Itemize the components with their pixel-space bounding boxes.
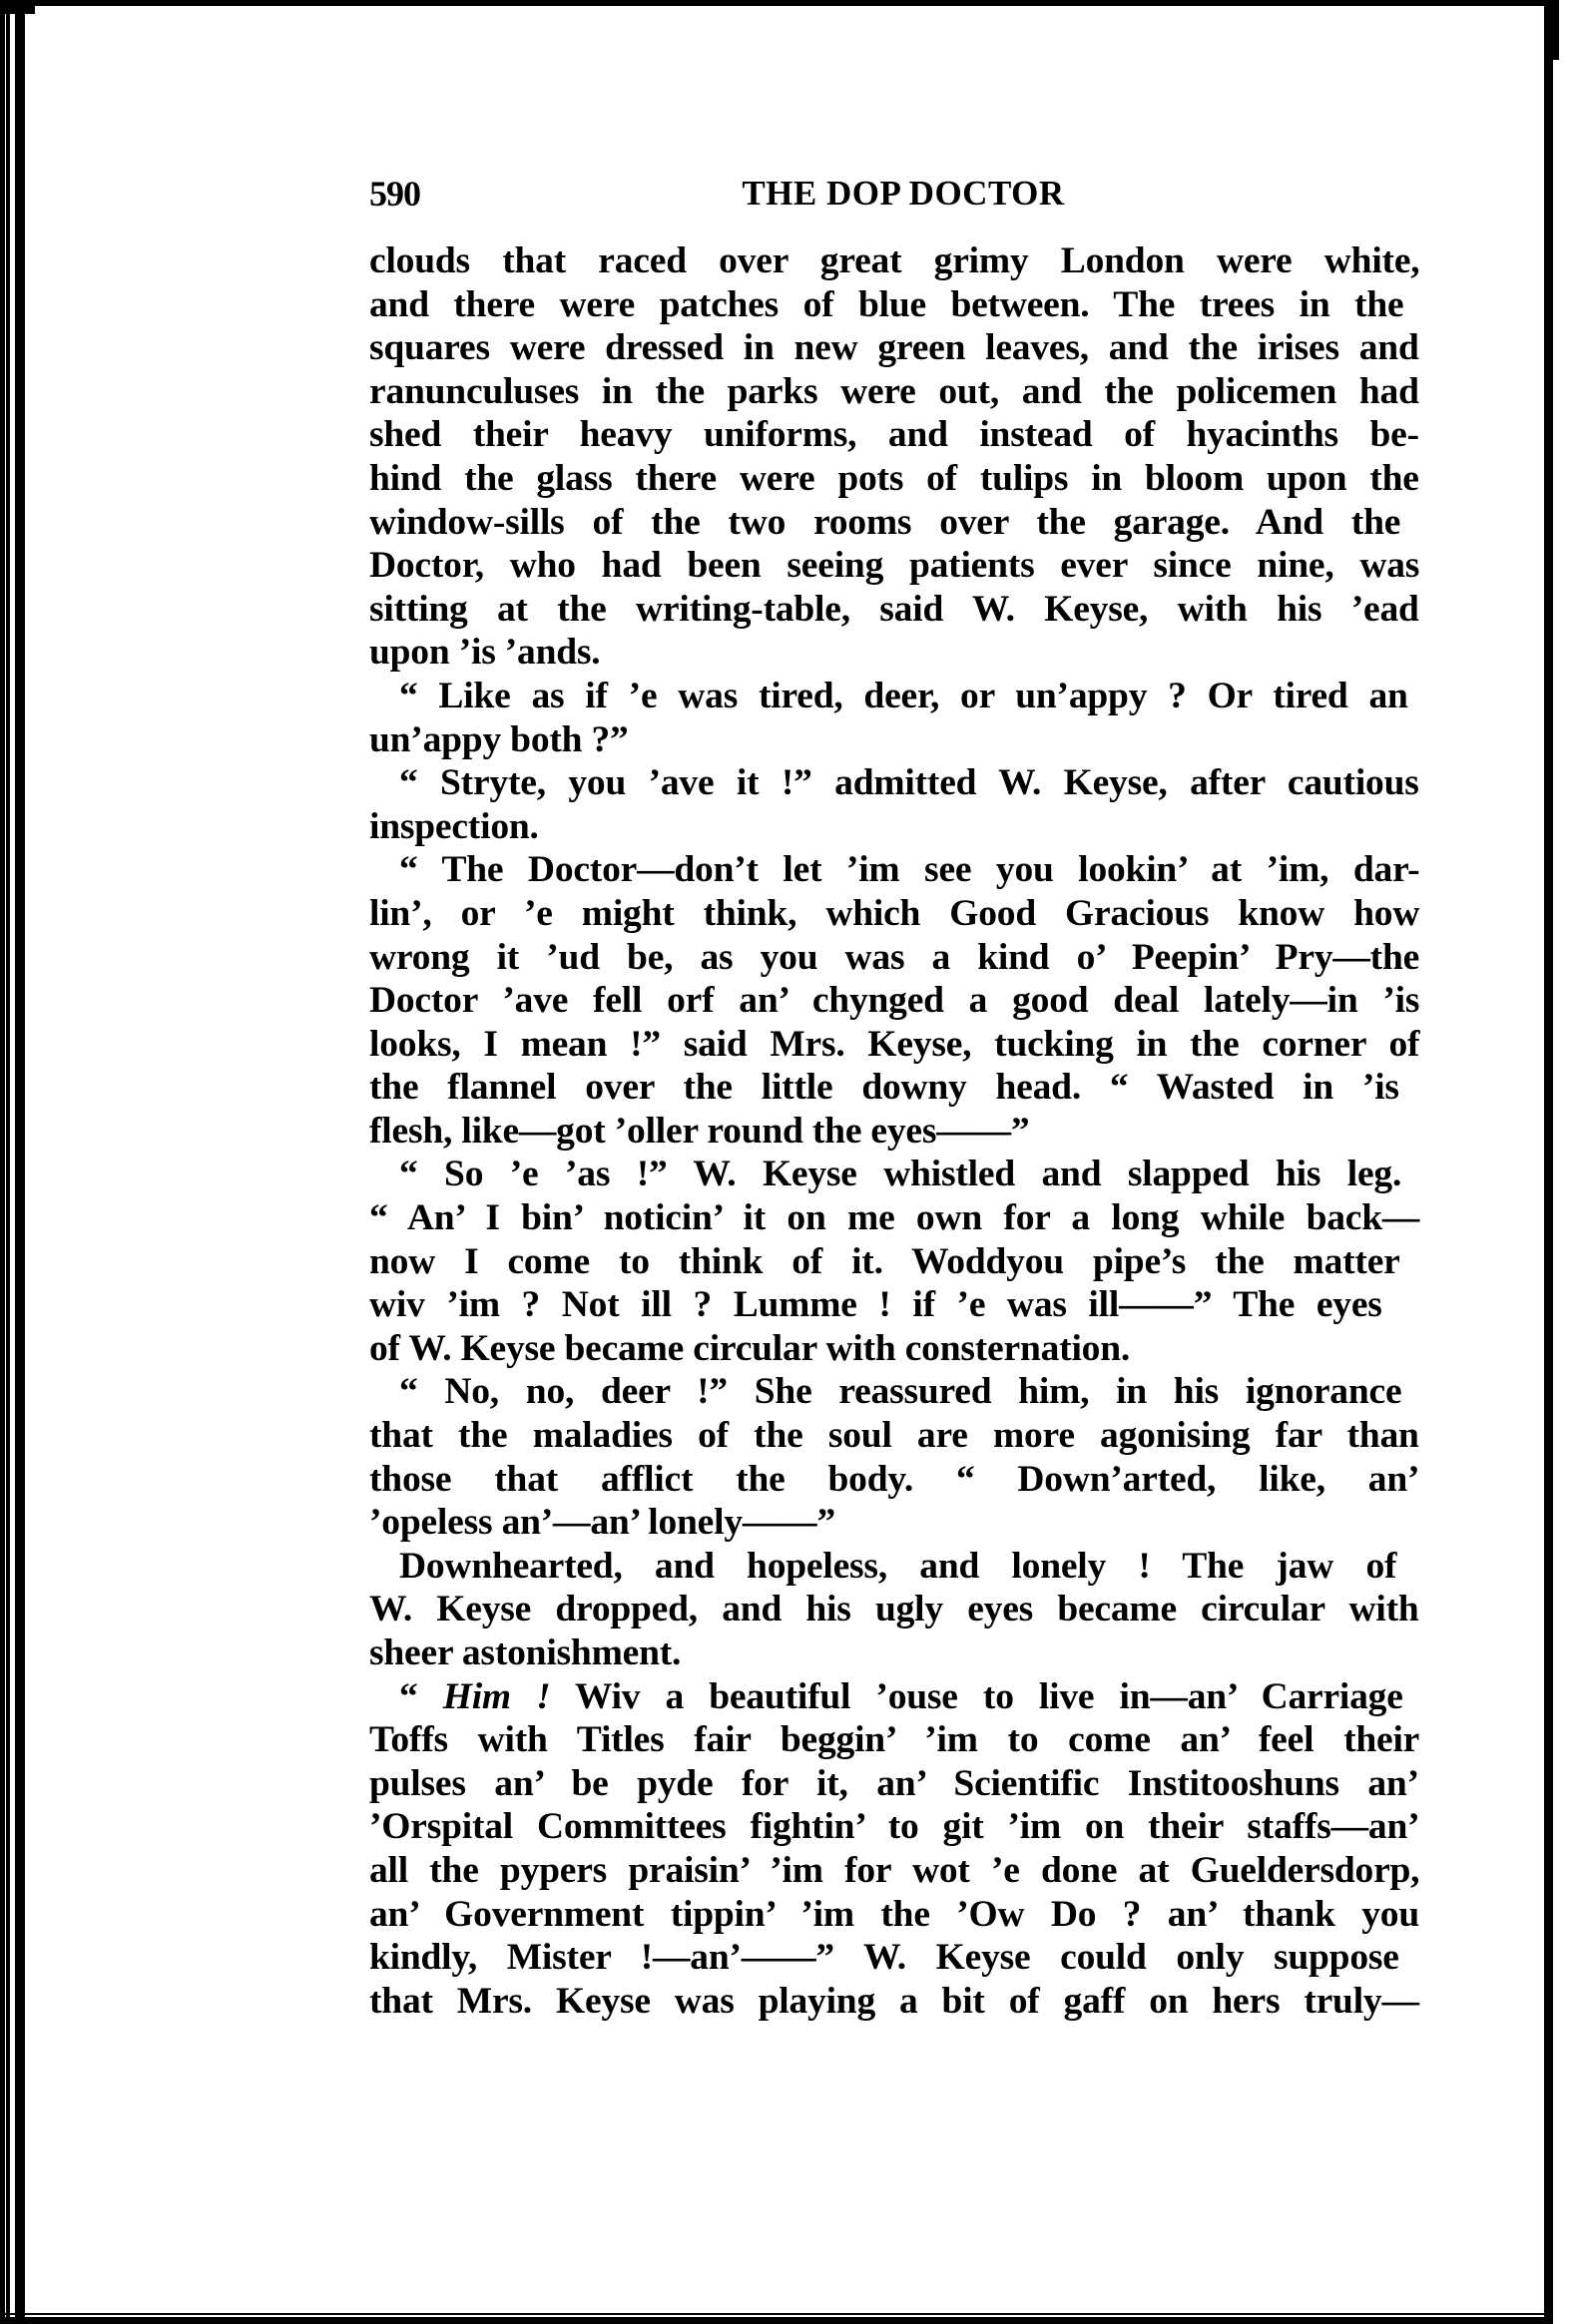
text-line: that Mrs. Keyse was playing a bit of gaf…: [369, 1980, 1419, 2024]
scan-border-right-flare: [1545, 0, 1559, 60]
text-line-content: ’Orspital Committees fightin’ to git ’im…: [369, 1805, 1419, 1849]
text-line: and there were patches of blue between. …: [369, 283, 1419, 327]
text-line-content: wiv ’im ? Not ill ? Lumme ! if ’e was il…: [369, 1283, 1382, 1327]
running-header: 590 THE DOP DOCTOR: [369, 172, 1419, 216]
text-line-content: squares were dressed in new green leaves…: [369, 326, 1419, 370]
text-line: ranunculuses in the parks were out, and …: [369, 370, 1419, 414]
text-line-content: inspection.: [369, 805, 539, 849]
text-line-content: “ An’ I bin’ noticin’ it on me own for a…: [369, 1196, 1419, 1240]
text-line: “ The Doctor—don’t let ’im see you looki…: [369, 848, 1419, 892]
text-line: wiv ’im ? Not ill ? Lumme ! if ’e was il…: [369, 1283, 1419, 1327]
text-line-content: sitting at the writing-table, said W. Ke…: [369, 588, 1419, 632]
text-line: “ So ’e ’as !” W. Keyse whistled and sla…: [369, 1153, 1419, 1196]
text-line: “ Like as if ’e was tired, deer, or un’a…: [369, 675, 1419, 718]
text-line: ’opeless an’—an’ lonely——”: [369, 1501, 1419, 1545]
text-line: all the pypers praisin’ ’im for wot ’e d…: [369, 1849, 1419, 1893]
text-line-content: all the pypers praisin’ ’im for wot ’e d…: [369, 1849, 1419, 1893]
text-run: “: [399, 1676, 443, 1717]
text-line: kindly, Mister !—an’——” W. Keyse could o…: [369, 1936, 1419, 1980]
text-line-content: of W. Keyse became circular with conster…: [369, 1327, 1130, 1371]
text-line-content: upon ’is ’ands.: [369, 631, 601, 675]
text-line: un’appy both ?”: [369, 718, 1419, 762]
text-line-content: Downhearted, and hopeless, and lonely ! …: [399, 1545, 1396, 1589]
text-line-content: un’appy both ?”: [369, 718, 629, 762]
text-line: Downhearted, and hopeless, and lonely ! …: [369, 1545, 1419, 1589]
text-line: window-sills of the two rooms over the g…: [369, 501, 1419, 545]
text-line-content: hind the glass there were pots of tulips…: [369, 457, 1419, 501]
text-line-content: window-sills of the two rooms over the g…: [369, 501, 1400, 545]
text-line: Doctor ’ave fell orf an’ chynged a good …: [369, 979, 1419, 1023]
text-line-content: that the maladies of the soul are more a…: [369, 1414, 1419, 1458]
text-line-content: “ Him ! Wiv a beautiful ’ouse to live in…: [399, 1675, 1403, 1719]
text-line: those that afflict the body. “ Down’arte…: [369, 1458, 1419, 1502]
scan-border-left-mid: [6, 10, 10, 2324]
text-line-content: “ So ’e ’as !” W. Keyse whistled and sla…: [399, 1153, 1401, 1196]
text-line: clouds that raced over great grimy Londo…: [369, 239, 1419, 283]
text-line: inspection.: [369, 805, 1419, 849]
text-line-content: W. Keyse dropped, and his ugly eyes beca…: [369, 1588, 1419, 1631]
running-title: THE DOP DOCTOR: [369, 172, 1419, 216]
text-line: ’Orspital Committees fightin’ to git ’im…: [369, 1805, 1419, 1849]
text-line: pulses an’ be pyde for it, an’ Scientifi…: [369, 1762, 1419, 1806]
text-line-content: “ Stryte, you ’ave it !” admitted W. Key…: [399, 761, 1419, 805]
text-line: an’ Government tippin’ ’im the ’Ow Do ? …: [369, 1893, 1419, 1937]
text-line: W. Keyse dropped, and his ugly eyes beca…: [369, 1588, 1419, 1631]
text-line: sitting at the writing-table, said W. Ke…: [369, 588, 1419, 632]
text-line-content: looks, I mean !” said Mrs. Keyse, tuckin…: [369, 1023, 1419, 1067]
text-line: upon ’is ’ands.: [369, 631, 1419, 675]
text-line-content: kindly, Mister !—an’——” W. Keyse could o…: [369, 1936, 1399, 1980]
text-line-content: sheer astonishment.: [369, 1631, 681, 1675]
text-line-content: Doctor ’ave fell orf an’ chynged a good …: [369, 979, 1419, 1023]
text-line-content: flesh, like—got ’oller round the eyes——”: [369, 1110, 1029, 1154]
text-line-content: clouds that raced over great grimy Londo…: [369, 239, 1419, 283]
text-line: squares were dressed in new green leaves…: [369, 326, 1419, 370]
text-line-content: and there were patches of blue between. …: [369, 283, 1403, 327]
text-line: sheer astonishment.: [369, 1631, 1419, 1675]
text-line: “ An’ I bin’ noticin’ it on me own for a…: [369, 1196, 1419, 1240]
scan-border-top: [0, 0, 1552, 6]
text-line: flesh, like—got ’oller round the eyes——”: [369, 1110, 1419, 1154]
italic-emphasis: Him !: [443, 1676, 551, 1717]
text-line: “ No, no, deer !” She reassured him, in …: [369, 1370, 1419, 1414]
body-text: clouds that raced over great grimy Londo…: [369, 239, 1419, 2023]
text-run: Wiv a beautiful ’ouse to live in—an’ Car…: [550, 1676, 1402, 1717]
text-line: now I come to think of it. Woddyou pipe’…: [369, 1240, 1419, 1284]
text-line-content: pulses an’ be pyde for it, an’ Scientifi…: [369, 1762, 1419, 1806]
text-line-content: an’ Government tippin’ ’im the ’Ow Do ? …: [369, 1893, 1419, 1937]
text-line: that the maladies of the soul are more a…: [369, 1414, 1419, 1458]
text-line-content: those that afflict the body. “ Down’arte…: [369, 1458, 1419, 1502]
text-line-content: shed their heavy uniforms, and instead o…: [369, 413, 1419, 457]
text-line-content: Doctor, who had been seeing patients eve…: [369, 544, 1419, 588]
text-line-content: now I come to think of it. Woddyou pipe’…: [369, 1240, 1400, 1284]
text-line-content: Toffs with Titles fair beggin’ ’im to co…: [369, 1718, 1419, 1762]
text-line-content: the flannel over the little downy head. …: [369, 1066, 1399, 1110]
text-line-content: that Mrs. Keyse was playing a bit of gaf…: [369, 1980, 1419, 2024]
text-line: shed their heavy uniforms, and instead o…: [369, 413, 1419, 457]
text-line: Doctor, who had been seeing patients eve…: [369, 544, 1419, 588]
text-line: hind the glass there were pots of tulips…: [369, 457, 1419, 501]
scan-border-bottom: [0, 2317, 1553, 2324]
text-line-content: ’opeless an’—an’ lonely——”: [369, 1501, 835, 1545]
text-line-content: “ The Doctor—don’t let ’im see you looki…: [399, 848, 1419, 892]
text-line-content: ranunculuses in the parks were out, and …: [369, 370, 1419, 414]
text-line-content: “ Like as if ’e was tired, deer, or un’a…: [399, 675, 1408, 718]
text-line-content: wrong it ’ud be, as you was a kind o’ Pe…: [369, 936, 1419, 980]
text-line: looks, I mean !” said Mrs. Keyse, tuckin…: [369, 1023, 1419, 1067]
scan-border-bottom-thin: [0, 2313, 1553, 2315]
text-line: wrong it ’ud be, as you was a kind o’ Pe…: [369, 936, 1419, 980]
text-line: of W. Keyse became circular with conster…: [369, 1327, 1419, 1371]
text-line: “ Him ! Wiv a beautiful ’ouse to live in…: [369, 1675, 1419, 1719]
scan-border-left-inner: [15, 8, 25, 2324]
text-line-content: “ No, no, deer !” She reassured him, in …: [399, 1370, 1401, 1414]
text-line: “ Stryte, you ’ave it !” admitted W. Key…: [369, 761, 1419, 805]
text-line: lin’, or ’e might think, which Good Grac…: [369, 892, 1419, 936]
text-line: the flannel over the little downy head. …: [369, 1066, 1419, 1110]
text-line: Toffs with Titles fair beggin’ ’im to co…: [369, 1718, 1419, 1762]
scan-border-left-outer: [0, 0, 5, 2324]
text-line-content: lin’, or ’e might think, which Good Grac…: [369, 892, 1419, 936]
scan-border-right: [1544, 0, 1553, 2324]
